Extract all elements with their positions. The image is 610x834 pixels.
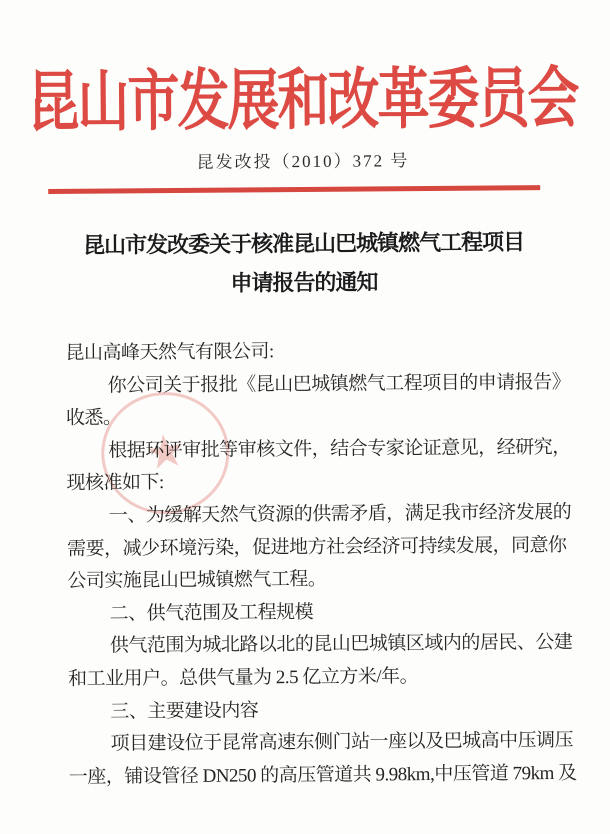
body-line: 供气范围为城北路以北的昆山巴城镇区域内的居民、公建	[68, 627, 556, 663]
body-line: 公司实施昆山巴城镇燃气工程。	[67, 562, 555, 598]
body-line: 你公司关于报批《昆山巴城镇燃气工程项目的申请报告》	[66, 367, 554, 403]
document-content: 昆山市发展和改革委员会 昆发改投（2010）372 号 昆山市发改委关于核准昆山…	[0, 0, 610, 834]
title-line-1: 昆山市发改委关于核准昆山巴城镇燃气工程项目	[0, 222, 609, 266]
body-line: 一座，铺设管径 DN250 的高压管道共 9.98km,中压管道 79km 及	[69, 758, 557, 794]
body-line: 和工业用户。总供气量为 2.5 亿立方米/年。	[68, 660, 556, 696]
red-divider-line	[48, 185, 540, 194]
body-line: 现核准如下:	[66, 464, 554, 500]
body-line: 收悉。	[66, 399, 554, 435]
document-page: 昆山市发展和改革委员会 昆发改投（2010）372 号 昆山市发改委关于核准昆山…	[0, 0, 610, 834]
body-line: 二、供气范围及工程规模	[67, 595, 555, 631]
agency-name: 昆山市发展和改革委员会	[0, 44, 608, 145]
title-line-2: 申请报告的通知	[0, 261, 609, 305]
document-body: 昆山高峰天然气有限公司: 你公司关于报批《昆山巴城镇燃气工程项目的申请报告》收悉…	[65, 334, 557, 794]
body-line: 三、主要建设内容	[68, 693, 556, 729]
body-line: 一、为缓解天然气资源的供需矛盾，满足我市经济发展的	[67, 497, 555, 533]
document-title: 昆山市发改委关于核准昆山巴城镇燃气工程项目 申请报告的通知	[0, 222, 609, 305]
body-line: 项目建设位于昆常高速东侧门站一座以及巴城高中压调压	[68, 725, 556, 761]
body-line: 需要，减少环境污染，促进地方社会经济可持续发展，同意你	[67, 530, 555, 566]
body-line: 根据环评审批等审核文件，结合专家论证意见，经研究，	[66, 432, 554, 468]
doc-number: 昆发改投（2010）372 号	[0, 145, 608, 175]
salutation: 昆山高峰天然气有限公司:	[65, 334, 553, 370]
